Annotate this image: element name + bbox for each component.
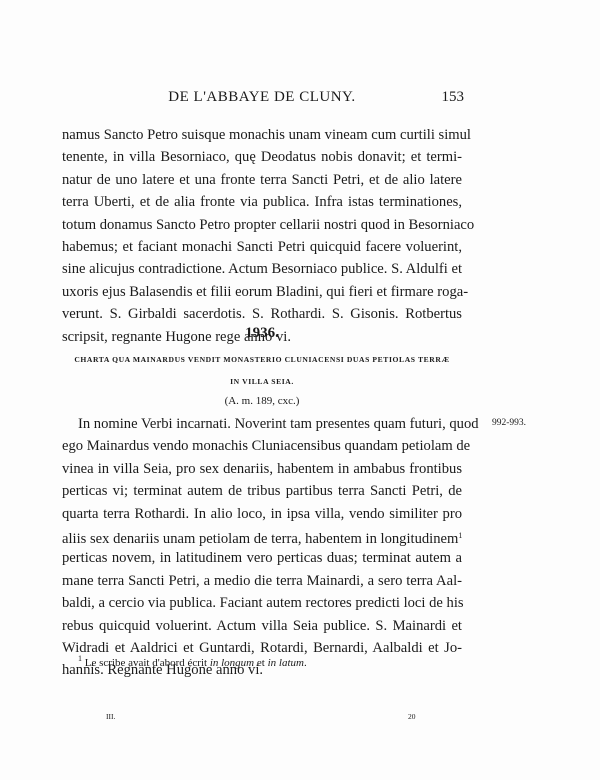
page-number: 153	[442, 89, 465, 106]
margin-date: 992-993.	[492, 418, 526, 428]
footnote-text: Le scribe avait d'abord écrit	[82, 657, 210, 669]
text-line: perticas vi; terminat autem de tribus pa…	[62, 480, 462, 502]
footnote-reference: 1	[458, 531, 462, 540]
charter-reference: (A. m. 189, cxc.)	[62, 395, 462, 407]
text-line: totum donamus Sancto Petro propter cella…	[62, 214, 462, 236]
charter-number: 1936.	[62, 325, 462, 342]
text-line: sine alicujus contradictione. Actum Beso…	[62, 258, 462, 280]
text-line: ego Mainardus vendo monachis Cluniacensi…	[62, 435, 462, 457]
text-line: perticas novem, in latitudinem vero pert…	[62, 547, 462, 569]
text-line: terra Uberti, et de alia fronte via publ…	[62, 191, 462, 213]
text-line: mane terra Sancti Petri, a medio die ter…	[62, 570, 462, 592]
sheet-signature: 20	[408, 712, 416, 721]
book-page: DE L'ABBAYE DE CLUNY. 153 namus Sancto P…	[0, 0, 600, 780]
text-line: aliis sex denariis unam petiolam de terr…	[62, 531, 458, 547]
footnote: 1 Le scribe avait d'abord écrit in longu…	[78, 654, 307, 669]
footnote-italic: in longum	[210, 657, 254, 669]
text-line: quarta terra Rothardi. In alio loco, in …	[62, 503, 462, 525]
text-line: baldi, a cercio via publica. Faciant aut…	[62, 592, 462, 614]
text-line: natur de uno latere et una fronte terra …	[62, 169, 462, 191]
charter-title-line: CHARTA QUA MAINARDUS VENDIT MONASTERIO C…	[62, 349, 462, 371]
continued-charter-text: namus Sancto Petro suisque monachis unam…	[62, 124, 462, 348]
text-line: rebus quicquid voluerint. Actum villa Se…	[62, 615, 462, 637]
footnote-text: et	[254, 657, 267, 669]
footnote-italic: in latum	[268, 657, 304, 669]
footnote-text: .	[304, 657, 307, 669]
text-line: namus Sancto Petro suisque monachis unam…	[62, 124, 462, 146]
text-line: uxoris ejus Balasendis et filii eorum Bl…	[62, 281, 462, 303]
text-line: In nomine Verbi incarnati. Noverint tam …	[62, 413, 462, 435]
volume-signature: III.	[106, 712, 115, 721]
text-line: verunt. S. Girbaldi sacerdotis. S. Rotha…	[62, 303, 462, 325]
running-title: DE L'ABBAYE DE CLUNY.	[62, 89, 462, 106]
text-line-with-note: aliis sex denariis unam petiolam de terr…	[62, 525, 462, 547]
running-header: DE L'ABBAYE DE CLUNY. 153	[62, 89, 462, 109]
text-line: habemus; et faciant monachi Sancti Petri…	[62, 236, 462, 258]
text-line: tenente, in villa Besorniaco, quę Deodat…	[62, 146, 462, 168]
text-line: vinea in villa Seia, pro sex denariis, h…	[62, 458, 462, 480]
charter-title-line: IN VILLA SEIA.	[62, 371, 462, 393]
charter-body: In nomine Verbi incarnati. Noverint tam …	[62, 413, 462, 682]
charter-title: CHARTA QUA MAINARDUS VENDIT MONASTERIO C…	[62, 349, 462, 393]
